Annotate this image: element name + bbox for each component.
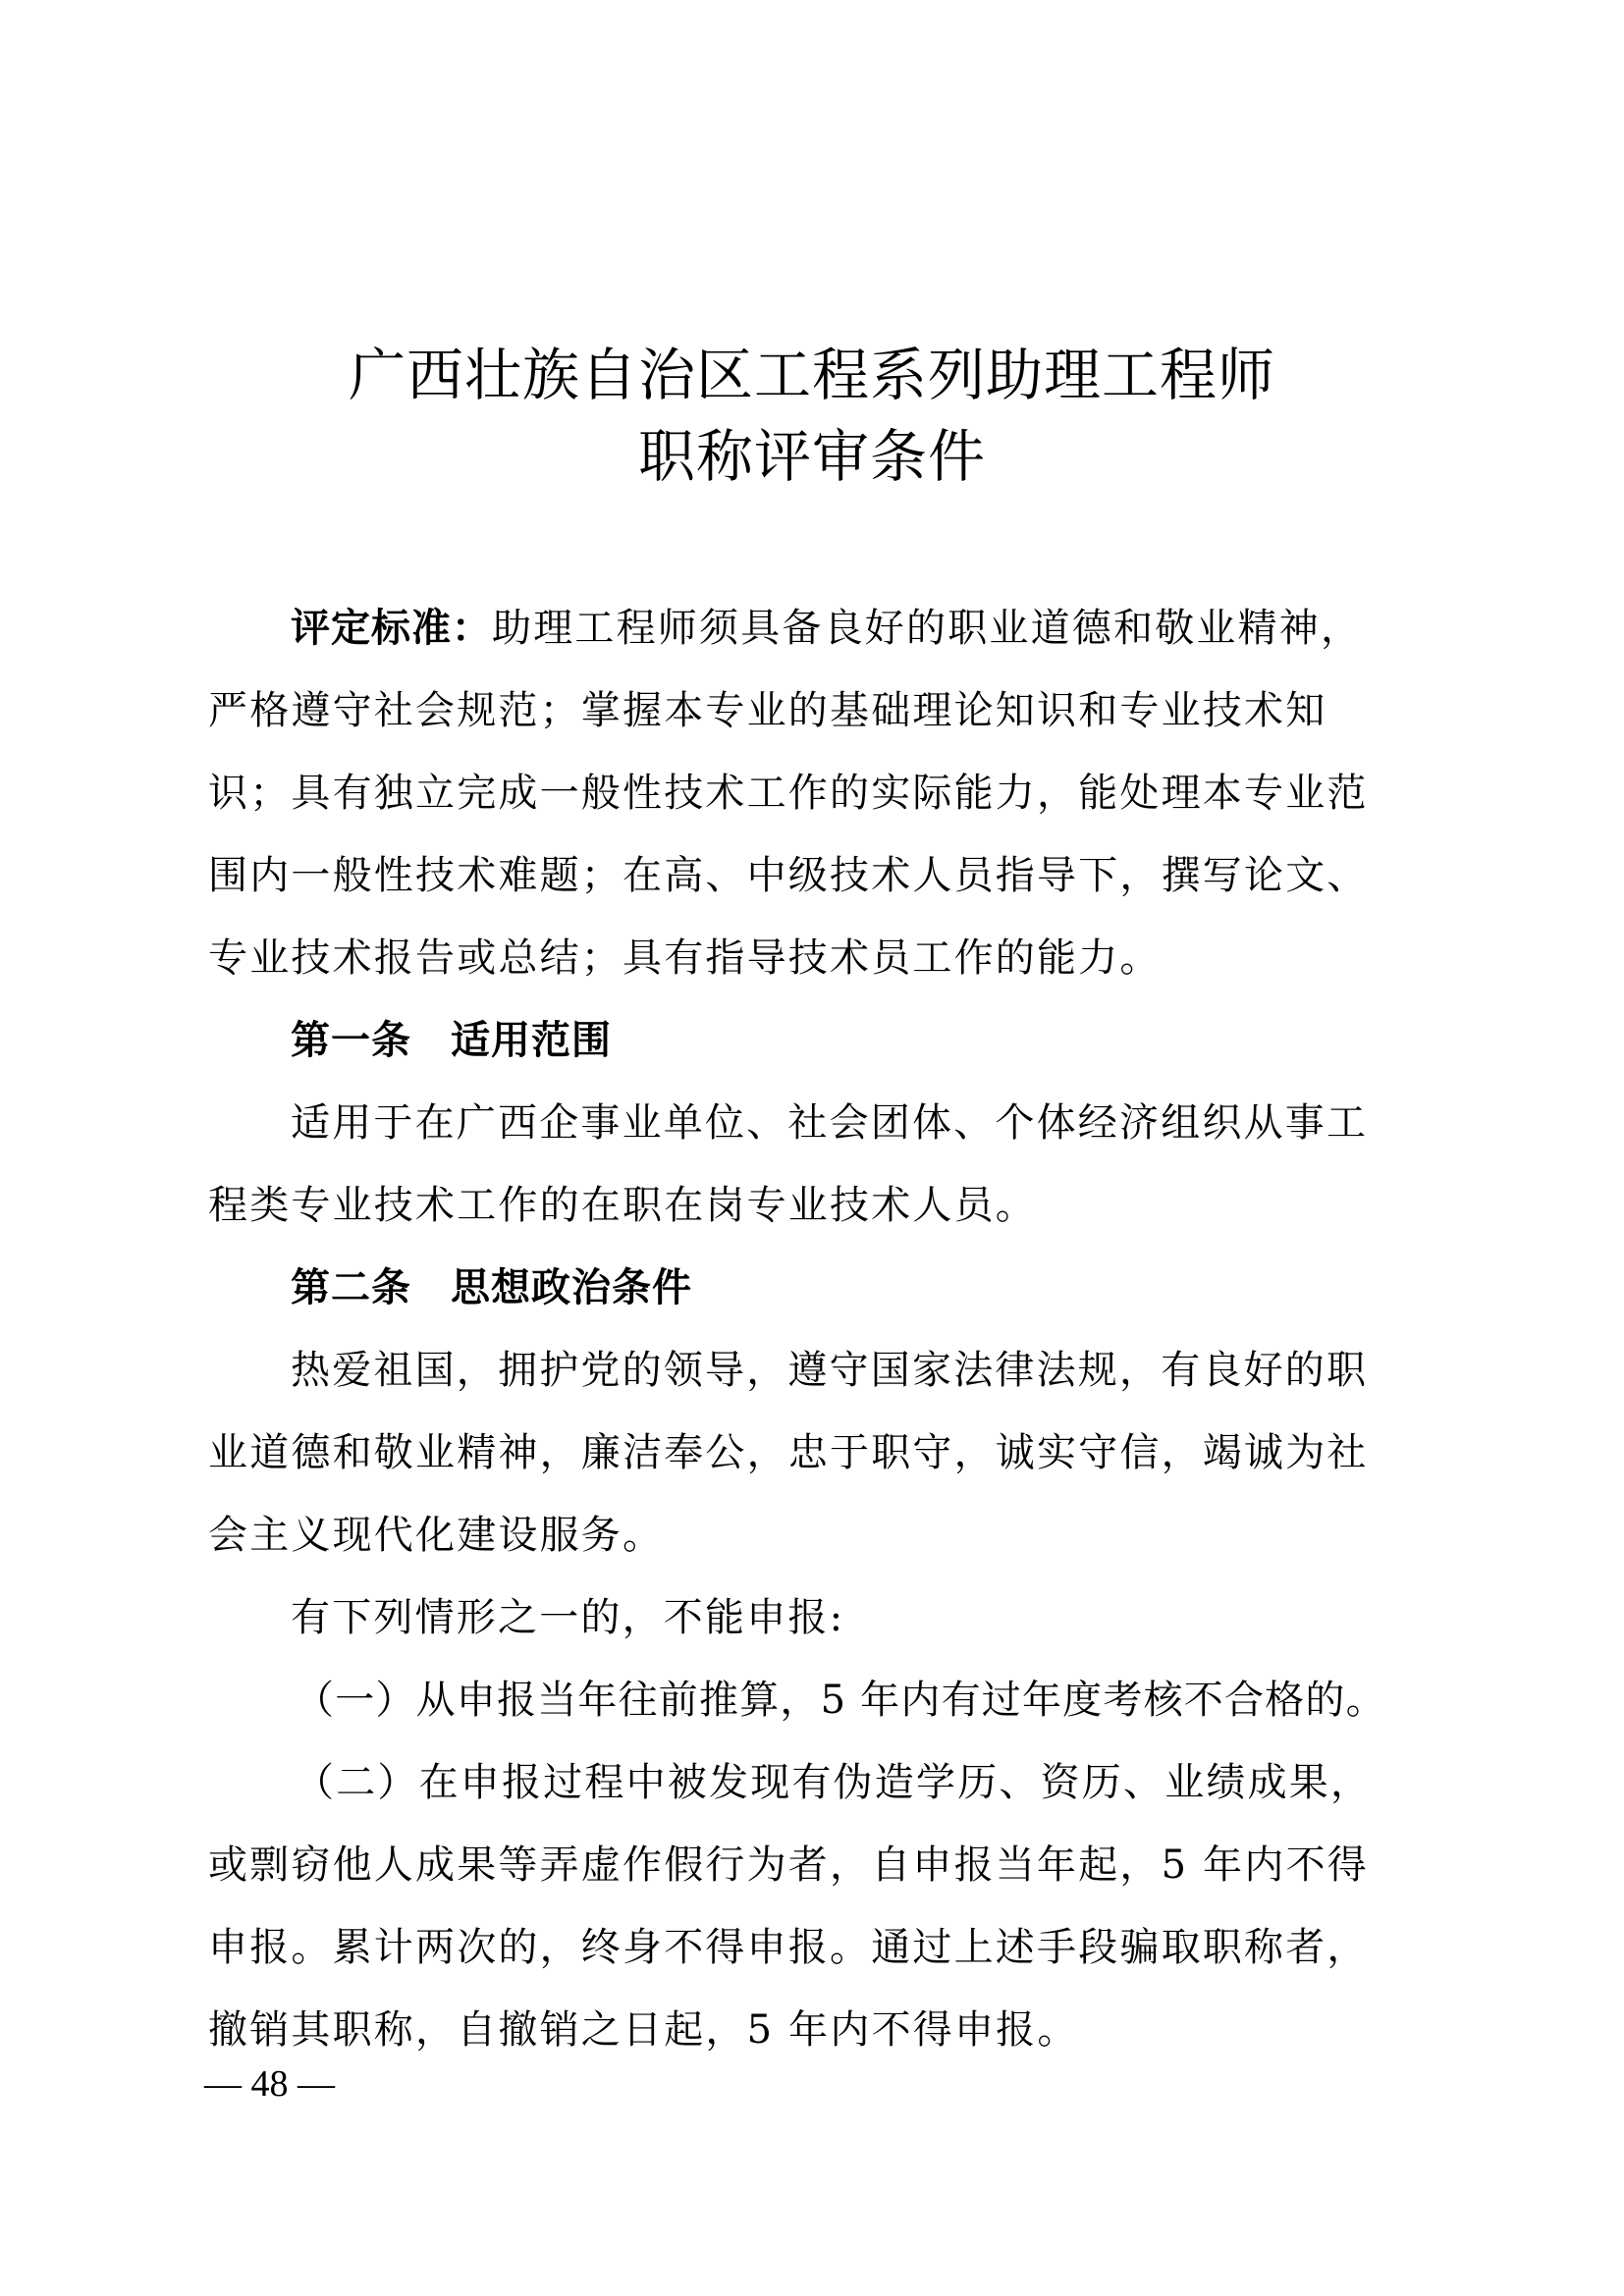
article-2-title: 思想政治条件 xyxy=(451,1265,692,1310)
page-number: — 48 — xyxy=(204,2059,335,2109)
standard-line-3: 识；具有独立完成一般性技术工作的实际能力，能处理本专业范 xyxy=(208,766,1435,821)
exclusion-item-2-line-3: 申报。累计两次的，终身不得申报。通过上述手段骗取职称者， xyxy=(208,1920,1435,1975)
standard-lead: 评定标准： xyxy=(291,606,492,651)
document-page: 广西壮族自治区工程系列助理工程师 职称评审条件 评定标准：助理工程师须具备良好的… xyxy=(0,0,1624,2296)
document-title-line-2: 职称评审条件 xyxy=(0,422,1624,491)
standard-line-4: 围内一般性技术难题；在高、中级技术人员指导下，撰写论文、 xyxy=(208,848,1435,903)
article-1-title: 适用范围 xyxy=(451,1018,612,1063)
exclusion-item-2-line-1: （二）在申报过程中被发现有伪造学历、资历、业绩成果， xyxy=(295,1755,1522,1810)
standard-line-2: 严格遵守社会规范；掌握本专业的基础理论知识和专业技术知 xyxy=(208,683,1435,738)
article-2-number: 第二条 xyxy=(291,1265,411,1310)
article-1-line-2: 程类专业技术工作的在职在岗专业技术人员。 xyxy=(208,1178,1435,1233)
exclusion-intro: 有下列情形之一的，不能申报: xyxy=(291,1590,1518,1645)
exclusion-item-1: （一）从申报当年往前推算，5 年内有过年度考核不合格的。 xyxy=(295,1673,1522,1728)
exclusion-item-2-line-2: 或剽窃他人成果等弄虚作假行为者，自申报当年起，5 年内不得 xyxy=(208,1838,1435,1893)
exclusion-item-2-line-4: 撤销其职称，自撤销之日起，5 年内不得申报。 xyxy=(208,2002,1435,2057)
article-2-heading: 第二条思想政治条件 xyxy=(291,1260,692,1315)
standard-text-1: 助理工程师须具备良好的职业道德和敬业精神， xyxy=(492,606,1362,651)
article-1-heading: 第一条适用范围 xyxy=(291,1013,612,1068)
article-1-number: 第一条 xyxy=(291,1018,411,1063)
article-2-line-2: 业道德和敬业精神，廉洁奉公，忠于职守，诚实守信，竭诚为社 xyxy=(208,1425,1435,1480)
standard-line-5: 专业技术报告或总结；具有指导技术员工作的能力。 xyxy=(208,931,1435,986)
article-2-line-1: 热爱祖国，拥护党的领导，遵守国家法律法规，有良好的职 xyxy=(291,1343,1518,1398)
document-title-line-1: 广西壮族自治区工程系列助理工程师 xyxy=(0,341,1624,409)
standard-line-1: 评定标准：助理工程师须具备良好的职业道德和敬业精神， xyxy=(291,601,1518,656)
article-2-line-3: 会主义现代化建设服务。 xyxy=(208,1508,1435,1563)
article-1-line-1: 适用于在广西企事业单位、社会团体、个体经济组织从事工 xyxy=(291,1095,1518,1150)
